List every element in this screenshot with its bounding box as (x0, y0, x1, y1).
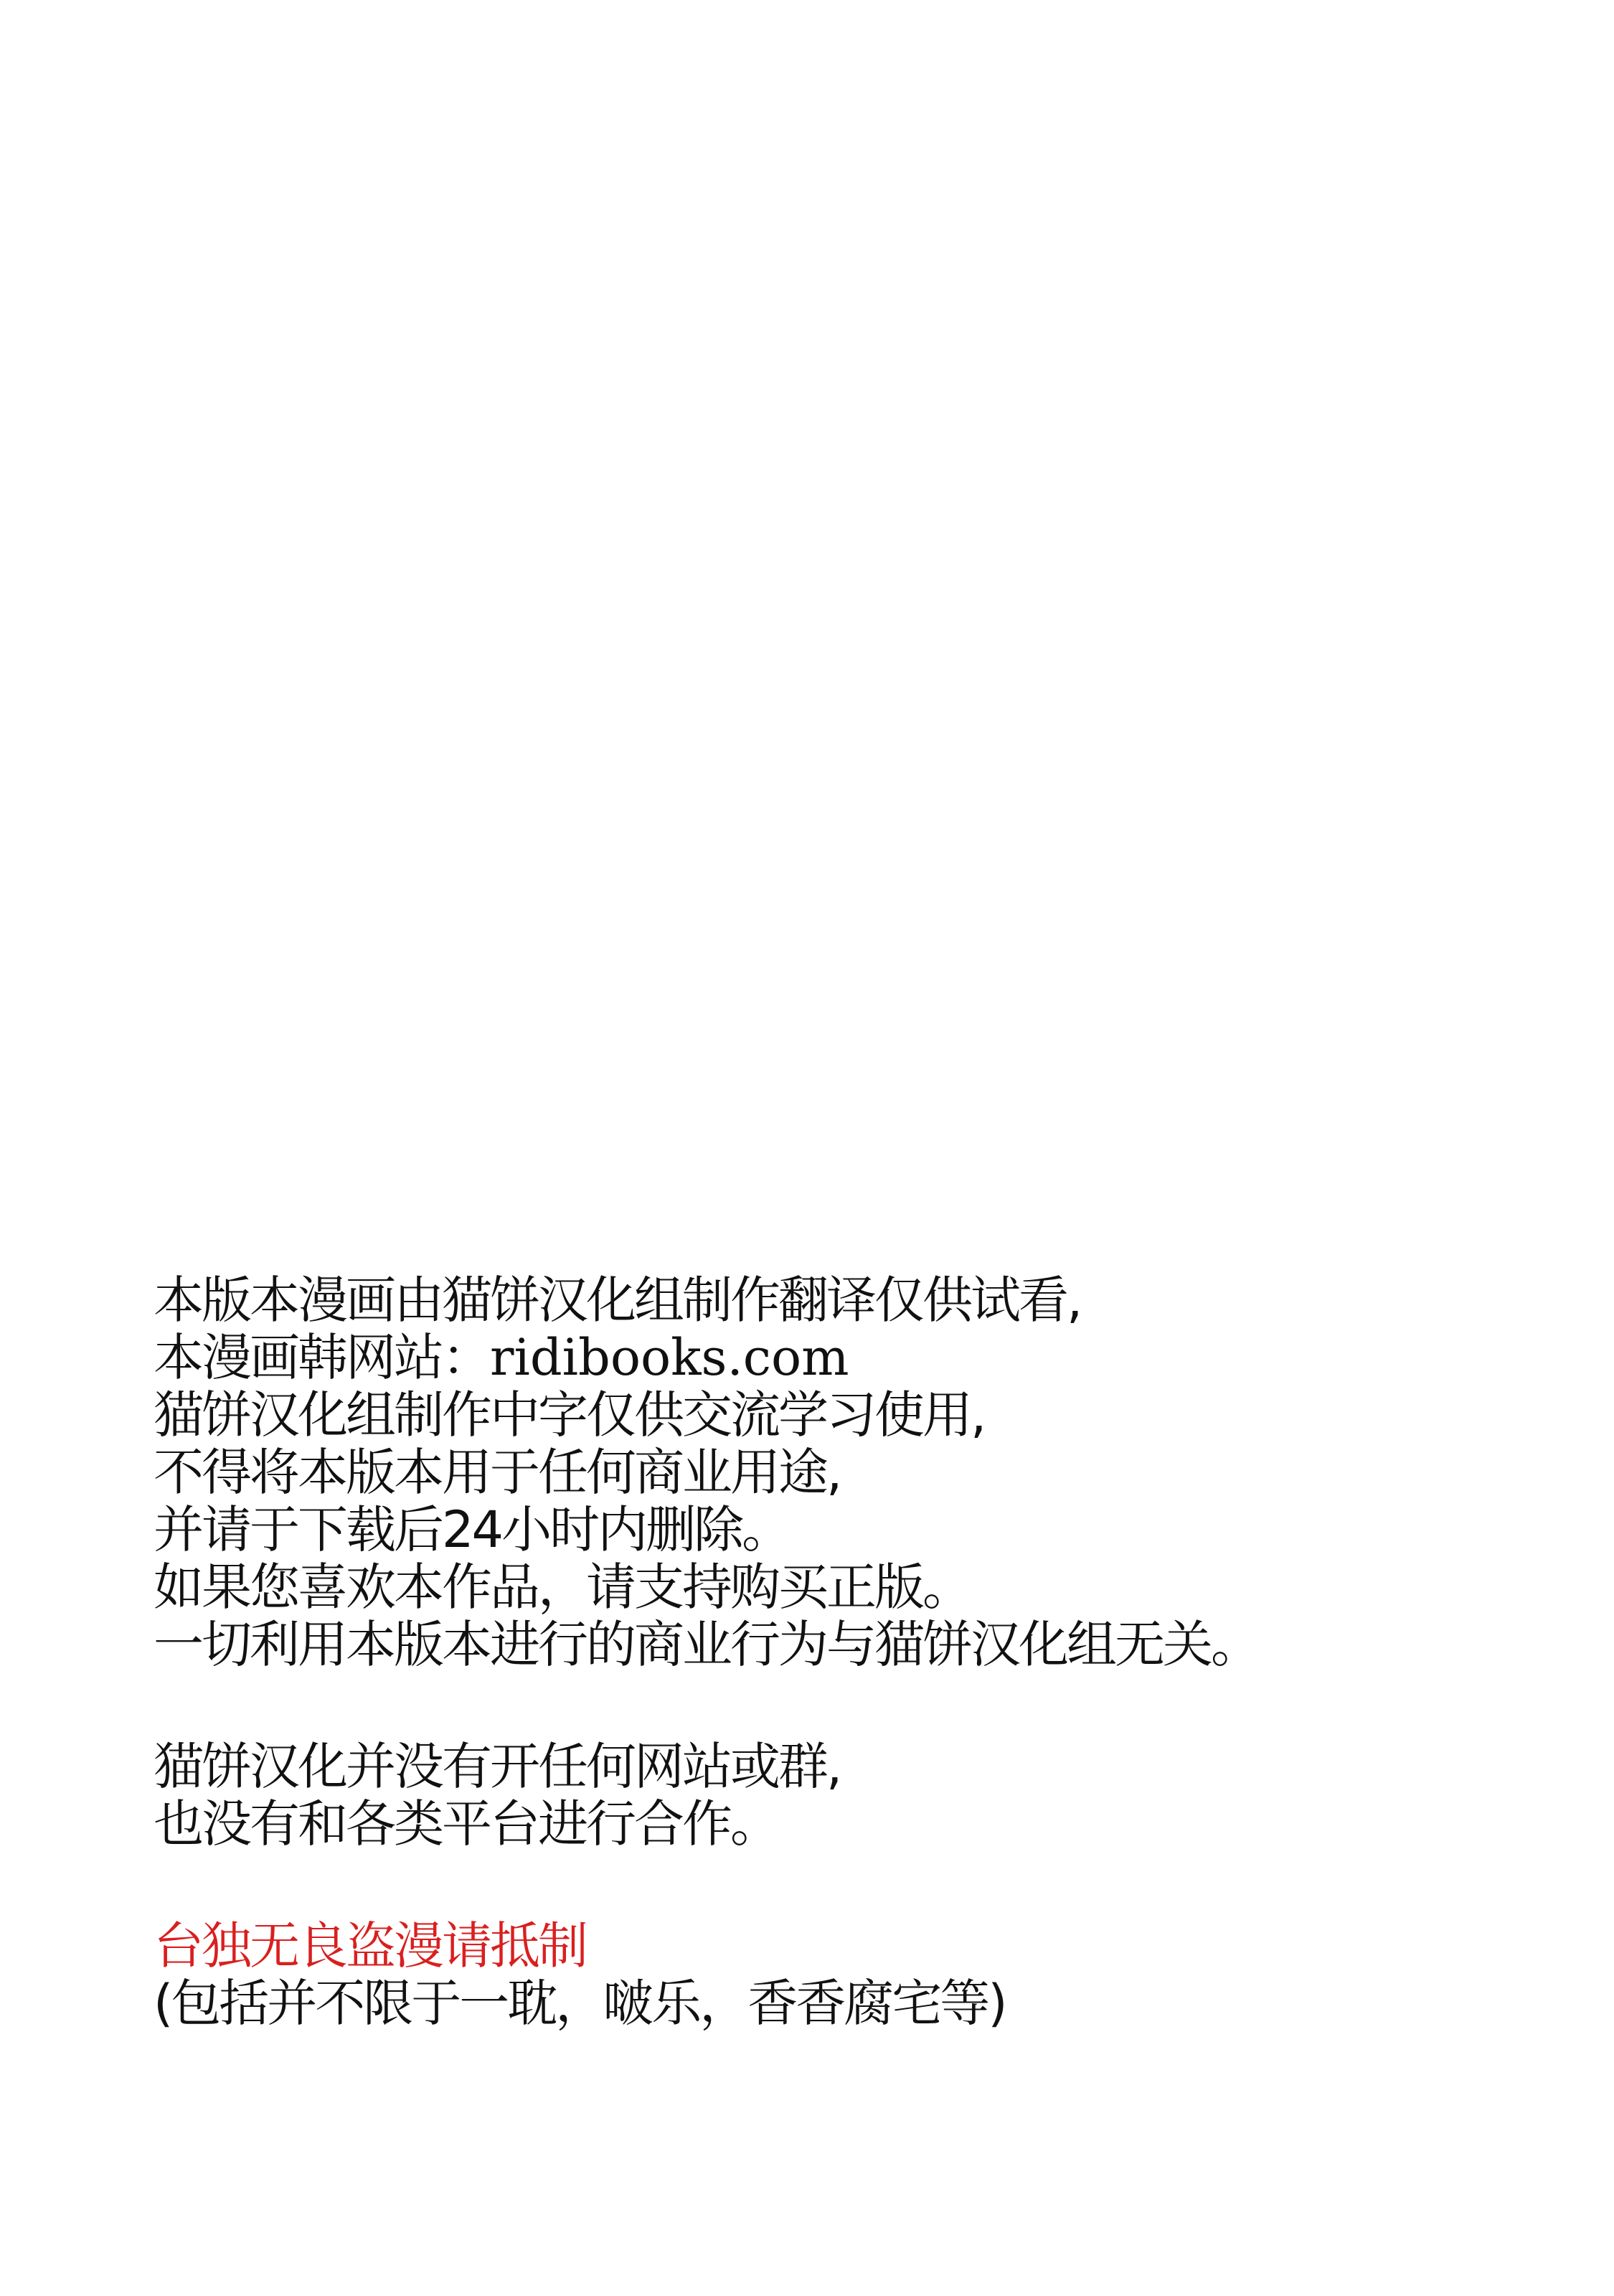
warning-text: 台独无良盗漫请抵制 (154, 1917, 1588, 1975)
notice-line-5: 并请于下载后24小时内删除。 (154, 1501, 1588, 1558)
notice-line-8: 猫饼汉化并没有开任何网站或群, (154, 1738, 1588, 1795)
notice-line-6: 如果您喜欢本作品，请支持购买正版。 (154, 1558, 1588, 1616)
paragraph-spacer (154, 1853, 1588, 1917)
source-site-link: ridibooks.com (490, 1328, 849, 1387)
warning-note: (包括并不限于一耽，啵乐，香香腐宅等) (154, 1975, 1588, 2032)
notice-line-4: 不得将本版本用于任何商业用途, (154, 1444, 1588, 1501)
scanlation-notice: 本版本漫画由猫饼汉化组制作翻译仅供试看, 本漫画韩网站：ridibooks.co… (154, 1271, 1588, 2032)
notice-line-source: 本漫画韩网站：ridibooks.com (154, 1329, 1588, 1386)
notice-line-9: 也没有和各类平台进行合作。 (154, 1795, 1588, 1853)
notice-line-1: 本版本漫画由猫饼汉化组制作翻译仅供试看, (154, 1271, 1588, 1329)
notice-line-3: 猫饼汉化组制作中字仅供交流学习使用, (154, 1386, 1588, 1444)
source-label: 本漫画韩网站： (154, 1328, 490, 1387)
paragraph-spacer (154, 1673, 1588, 1738)
notice-line-7: 一切利用本版本进行的商业行为与猫饼汉化组无关。 (154, 1616, 1588, 1673)
